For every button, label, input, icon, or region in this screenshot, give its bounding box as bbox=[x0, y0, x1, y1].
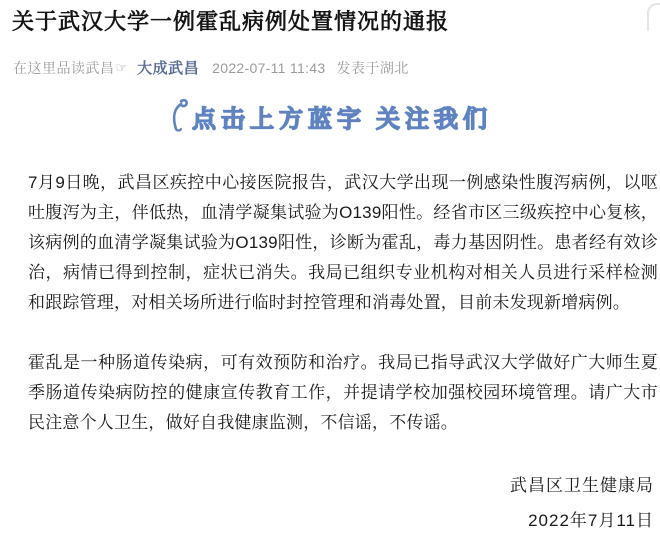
follow-us-banner: 点击上方蓝字关注我们 bbox=[0, 97, 660, 143]
scrollbar-corner[interactable] bbox=[647, 3, 660, 31]
publish-timestamp: 2022-07-11 11:43 bbox=[212, 60, 325, 76]
banner-text-right: 关注我们 bbox=[376, 106, 492, 133]
paragraph-prevention-advice: 霍乱是一种肠道传染病，可有效预防和治疗。我局已指导武汉大学做好广大师生夏季肠道传… bbox=[28, 348, 658, 438]
signature-date: 2022年7月11日 bbox=[510, 503, 654, 538]
byline: 在这里品读武昌 ☞ 大成武昌 2022-07-11 11:43 发表于湖北 bbox=[13, 57, 409, 78]
paragraph-case-report: 7月9日晚，武昌区疾控中心接医院报告，武汉大学出现一例感染性腹泻病例，以呕吐腹泻… bbox=[28, 168, 658, 318]
publish-location: 发表于湖北 bbox=[336, 58, 409, 78]
article-title: 关于武汉大学一例霍乱病例处置情况的通报 bbox=[12, 7, 632, 37]
article-body: 7月9日晚，武昌区疾控中心接医院报告，武汉大学出现一例感染性腹泻病例，以呕吐腹泻… bbox=[28, 168, 658, 468]
account-name-link[interactable]: 大成武昌 bbox=[137, 57, 199, 78]
decorative-quote-icon bbox=[168, 98, 190, 150]
signature-organization: 武昌区卫生健康局 bbox=[510, 468, 654, 503]
account-tagline: 在这里品读武昌 bbox=[13, 58, 115, 78]
banner-text-left: 点击上方蓝字 bbox=[192, 106, 366, 133]
pointing-hand-icon: ☞ bbox=[116, 60, 128, 76]
signature-block: 武昌区卫生健康局 2022年7月11日 bbox=[510, 468, 654, 538]
